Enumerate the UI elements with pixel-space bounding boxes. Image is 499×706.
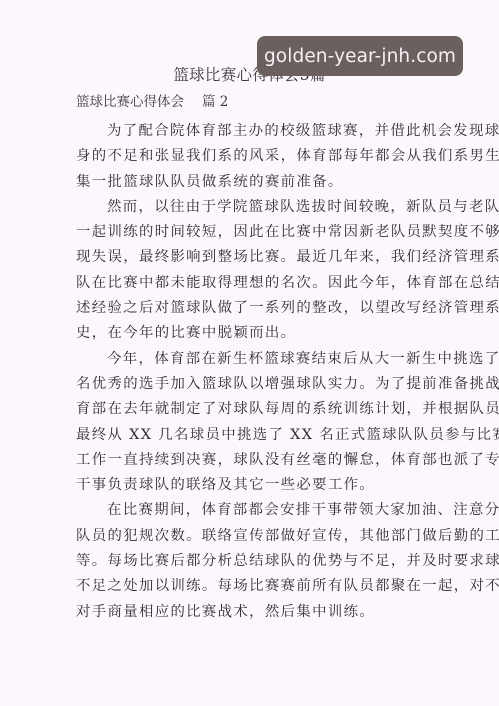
paragraph-line: 最终从 XX 几名球员中挑选了 XX 名正式篮球队队员参与比赛。训练	[76, 423, 426, 448]
paragraph-line: 史，在今年的比赛中脱颖而出。	[76, 321, 426, 346]
paragraph-line: 队员的犯规次数。联络宣传部做好宣传，其他部门做后勤的工作等	[76, 524, 426, 549]
watermark-badge: golden-year-jnh.com	[257, 36, 463, 76]
paragraph-line: 身的不足和张显我们系的风采，体育部每年都会从我们系男生中召	[76, 144, 426, 169]
paragraph-line: 名优秀的选手加入篮球队以增强球队实力。为了提前准备挑战，体	[76, 372, 426, 397]
paragraph-line: 等。每场比赛后都分析总结球队的优势与不足，并及时要求球队对	[76, 549, 426, 574]
paragraph-line: 工作一直持续到决赛，球队没有丝毫的懈怠，体育部也派了专门的	[76, 448, 426, 473]
paragraph-2: 然而，以往由于学院篮球队选拔时间较晚，新队员与老队员在 一起训练的时间较短，因此…	[76, 195, 426, 347]
paragraph-line: 队在比赛中都未能取得理想的名次。因此今年，体育部在总结了上	[76, 271, 426, 296]
document-subheading: 篮球比赛心得体会篇 2	[76, 90, 228, 110]
paragraph-line: 对手商量相应的比赛战术，然后集中训练。	[76, 600, 426, 625]
subheading-label: 篮球比赛心得体会	[76, 94, 184, 110]
document-page: 篮球比赛心得体会5篇 篮球比赛心得体会篇 2 为了配合院体育部主办的校级篮球赛，…	[0, 0, 499, 706]
paragraph-line: 育部在去年就制定了对球队每周的系统训练计划，并根据队员实力	[76, 397, 426, 422]
paragraph-line: 然而，以往由于学院篮球队选拔时间较晚，新队员与老队员在	[76, 195, 426, 220]
paragraph-line: 不足之处加以训练。每场比赛赛前所有队员都聚在一起，对不同的	[76, 574, 426, 599]
paragraph-line: 为了配合院体育部主办的校级篮球赛，并借此机会发现球队本	[76, 119, 426, 144]
paragraph-line: 一起训练的时间较短，因此在比赛中常因新老队员默契度不够而出	[76, 220, 426, 245]
document-body: 为了配合院体育部主办的校级篮球赛，并借此机会发现球队本 身的不足和张显我们系的风…	[76, 119, 426, 625]
paragraph-line: 在比赛期间，体育部都会安排干事带领大家加油、注意分数和	[76, 498, 426, 523]
paragraph-4: 在比赛期间，体育部都会安排干事带领大家加油、注意分数和 队员的犯规次数。联络宣传…	[76, 498, 426, 624]
watermark-text: golden-year-jnh.com	[264, 46, 456, 67]
paragraph-line: 干事负责球队的联络及其它一些必要工作。	[76, 473, 426, 498]
subheading-part-number: 篇 2	[202, 94, 228, 110]
paragraph-line: 现失误，最终影响到整场比赛。最近几年来，我们经济管理系篮球	[76, 245, 426, 270]
paragraph-1: 为了配合院体育部主办的校级篮球赛，并借此机会发现球队本 身的不足和张显我们系的风…	[76, 119, 426, 195]
paragraph-line: 述经验之后对篮球队做了一系列的整改，以望改写经济管理系的历	[76, 296, 426, 321]
paragraph-3: 今年，体育部在新生杯篮球赛结束后从大一新生中挑选了十几 名优秀的选手加入篮球队以…	[76, 347, 426, 499]
paragraph-line: 集一批篮球队队员做系统的赛前准备。	[76, 170, 426, 195]
paragraph-line: 今年，体育部在新生杯篮球赛结束后从大一新生中挑选了十几	[76, 347, 426, 372]
